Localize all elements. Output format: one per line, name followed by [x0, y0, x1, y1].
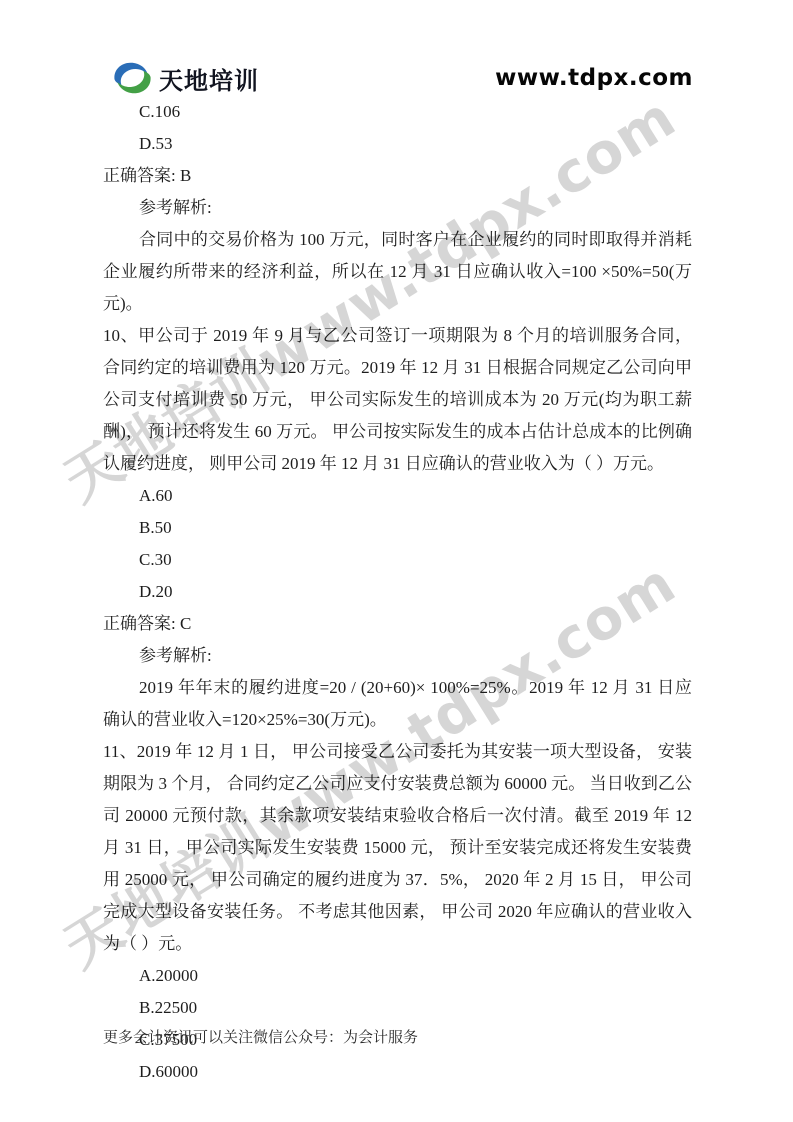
- q10-option-d: D.20: [103, 576, 692, 608]
- q11-option-a: A.20000: [103, 960, 692, 992]
- logo-text: 天地培训: [159, 61, 259, 96]
- q9-option-d: D.53: [103, 128, 692, 160]
- logo: 天地培训: [111, 59, 259, 97]
- page-footer: 更多会计资讯可以关注微信公众号：为会计服务: [103, 1028, 418, 1048]
- footer-note: 更多会计资讯可以关注微信公众号：为会计服务: [103, 1030, 418, 1046]
- q10-stem: 10、甲公司于 2019 年 9 月与乙公司签订一项期限为 8 个月的培训服务合…: [103, 320, 692, 480]
- q9-analysis-label: 参考解析:: [103, 192, 692, 224]
- site-url: www.tdpx.com: [495, 65, 693, 91]
- q9-analysis-text: 合同中的交易价格为 100 万元，同时客户在企业履约的同时即取得并消耗企业履约所…: [103, 224, 692, 320]
- q11-stem: 11、2019 年 12 月 1 日， 甲公司接受乙公司委托为其安装一项大型设备…: [103, 736, 692, 960]
- q10-option-c: C.30: [103, 544, 692, 576]
- q10-option-b: B.50: [103, 512, 692, 544]
- q11-option-b: B.22500: [103, 992, 692, 1024]
- q10-correct-answer: 正确答案: C: [103, 608, 692, 640]
- swirl-globe-icon: [111, 59, 154, 97]
- q9-option-c: C.106: [103, 96, 692, 128]
- q11-option-d: D.60000: [103, 1056, 692, 1088]
- document-body: C.106 D.53 正确答案: B 参考解析: 合同中的交易价格为 100 万…: [103, 96, 692, 1088]
- page-header: 天地培训 www.tdpx.com: [103, 56, 693, 100]
- q10-analysis-text: 2019 年年末的履约进度=20 / (20+60)× 100%=25%。201…: [103, 672, 692, 736]
- q10-analysis-label: 参考解析:: [103, 640, 692, 672]
- document-page: 天地培训www.tdpx.com 天地培训www.tdpx.com 天地培训 w…: [0, 0, 793, 1122]
- q9-correct-answer: 正确答案: B: [103, 160, 692, 192]
- q10-option-a: A.60: [103, 480, 692, 512]
